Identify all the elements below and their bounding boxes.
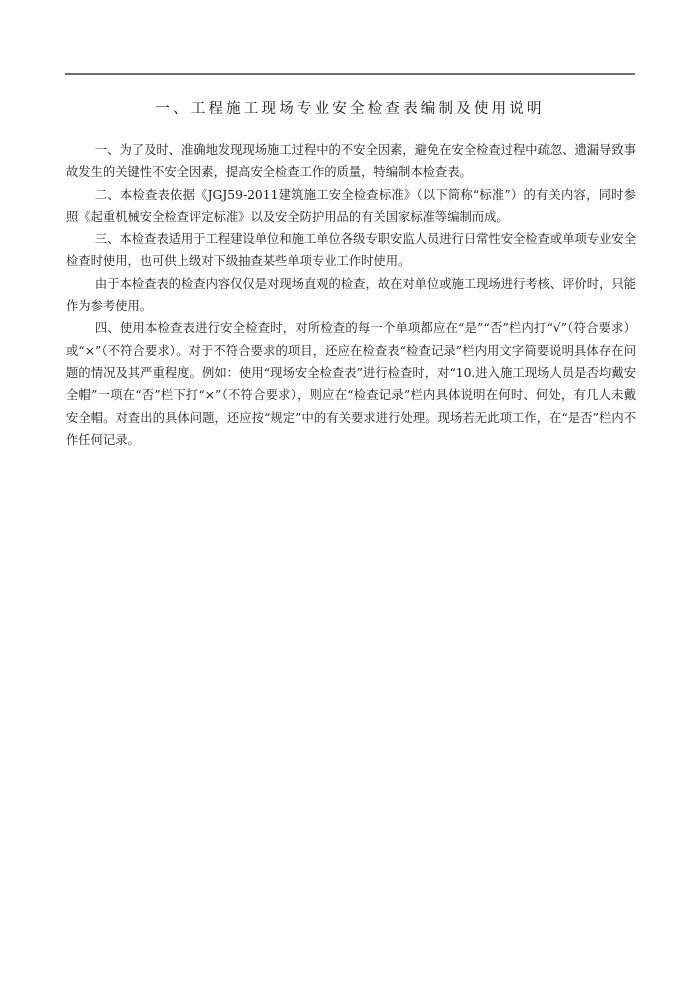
paragraph-scope: 三、本检查表适用于工程建设单位和施工单位各级专职安监人员进行日常性安全检查或单项…: [66, 228, 636, 273]
document-title: 一、工程施工现场专业安全检查表编制及使用说明: [65, 97, 635, 118]
paragraph-limitation: 由于本检查表的检查内容仅仅是对现场直观的检查，故在对单位或施工现场进行考核、评价…: [66, 273, 636, 318]
paragraph-basis: 二、本检查表依据《JGJ59-2011建筑施工安全检查标准》（以下简称“标准”）…: [66, 184, 636, 229]
paragraph-purpose: 一、为了及时、准确地发现现场施工过程中的不安全因素，避免在安全检查过程中疏忽、遗…: [66, 139, 636, 184]
paragraph-usage: 四、使用本检查表进行安全检查时，对所检查的每一个单项都应在“是”“否”栏内打“√…: [66, 317, 636, 451]
header-rule: [65, 73, 635, 75]
document-body: 一、为了及时、准确地发现现场施工过程中的不安全因素，避免在安全检查过程中疏忽、遗…: [66, 139, 636, 451]
